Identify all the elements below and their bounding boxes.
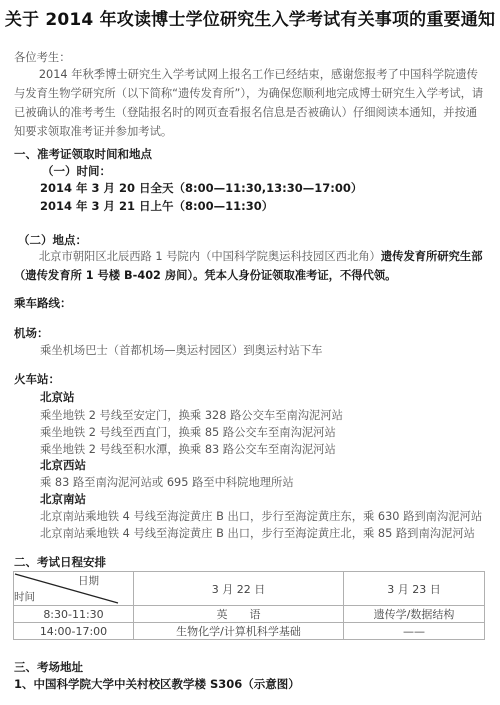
route-line: 北京南站乘地铁 4 号线至海淀黄庄 B 出口，步行至海淀黄庄东，乘 630 路到… xyxy=(40,508,482,525)
section3-heading: 三、考场地址 xyxy=(14,659,83,675)
place-paragraph: 北京市朝阳区北辰西路 1 号院内（中国科学院奥运科技园区西北角）遗传发育所研究生… xyxy=(14,247,486,285)
time-line-1: 2014 年 3 月 20 日全天（8:00—11:30,13:30—17:00… xyxy=(40,180,362,196)
route-line: 北京南站乘地铁 4 号线至海淀黄庄 B 出口，步行至海淀黄庄北，乘 85 路到南… xyxy=(40,525,475,542)
station-name: 北京西站 xyxy=(40,457,86,473)
time-line-2: 2014 年 3 月 21 日上午（8:00—11:30） xyxy=(40,198,273,214)
airport-route: 乘坐机场巴士（首都机场—奥运村园区）到奥运村站下车 xyxy=(40,342,322,359)
table-cell: —— xyxy=(344,623,485,640)
time-cell: 8:30-11:30 xyxy=(14,606,134,623)
section1-heading: 一、准考证领取时间和地点 xyxy=(14,146,152,162)
route-line: 乘坐地铁 2 号线至西直门，换乘 85 路公交车至南沟泥河站 xyxy=(40,424,336,441)
greeting: 各位考生： xyxy=(14,49,71,66)
corner-cell: 日期 时间 xyxy=(14,572,134,606)
route-line: 乘 83 路至南沟泥河站或 695 路至中科院地理所站 xyxy=(40,474,294,491)
exam-schedule-table: 日期 时间 3 月 22 日 3 月 23 日 8:30-11:30 英 语 遗… xyxy=(13,571,485,640)
table-cell: 生物化学/计算机科学基础 xyxy=(134,623,344,640)
column-header: 3 月 23 日 xyxy=(344,572,485,606)
table-row: 8:30-11:30 英 语 遗传学/数据结构 xyxy=(14,606,485,623)
table-header-row: 日期 时间 3 月 22 日 3 月 23 日 xyxy=(14,572,485,606)
time-cell: 14:00-17:00 xyxy=(14,623,134,640)
exam-venue: 1、中国科学院大学中关村校区教学楼 S306（示意图） xyxy=(14,676,300,692)
intro-paragraph: 2014 年秋季博士研究生入学考试网上报名工作已经结束，感谢您报考了中国科学院遗… xyxy=(14,65,486,141)
route-line: 乘坐地铁 2 号线至积水潭，换乘 83 路公交车至南沟泥河站 xyxy=(40,441,336,458)
station-name: 北京站 xyxy=(40,389,75,405)
table-cell: 遗传学/数据结构 xyxy=(344,606,485,623)
route-line: 乘坐地铁 2 号线至安定门，换乘 328 路公交车至南沟泥河站 xyxy=(40,407,343,424)
place-subheading: （二）地点： xyxy=(18,232,87,248)
place-address: 北京市朝阳区北辰西路 1 号院内（中国科学院奥运科技园区西北角） xyxy=(39,250,381,263)
section2-heading: 二、考试日程安排 xyxy=(14,554,106,570)
document-title: 关于 2014 年攻读博士学位研究生入学考试有关事项的重要通知 xyxy=(0,5,500,30)
airport-heading: 机场： xyxy=(14,325,49,341)
train-heading: 火车站： xyxy=(14,371,60,387)
table-row: 14:00-17:00 生物化学/计算机科学基础 —— xyxy=(14,623,485,640)
routes-heading: 乘车路线： xyxy=(14,295,72,311)
station-name: 北京南站 xyxy=(40,491,86,507)
time-subheading: （一）时间： xyxy=(42,163,111,179)
column-header: 3 月 22 日 xyxy=(134,572,344,606)
corner-time-label: 时间 xyxy=(14,589,35,604)
table-cell: 英 语 xyxy=(134,606,344,623)
corner-date-label: 日期 xyxy=(78,573,99,588)
